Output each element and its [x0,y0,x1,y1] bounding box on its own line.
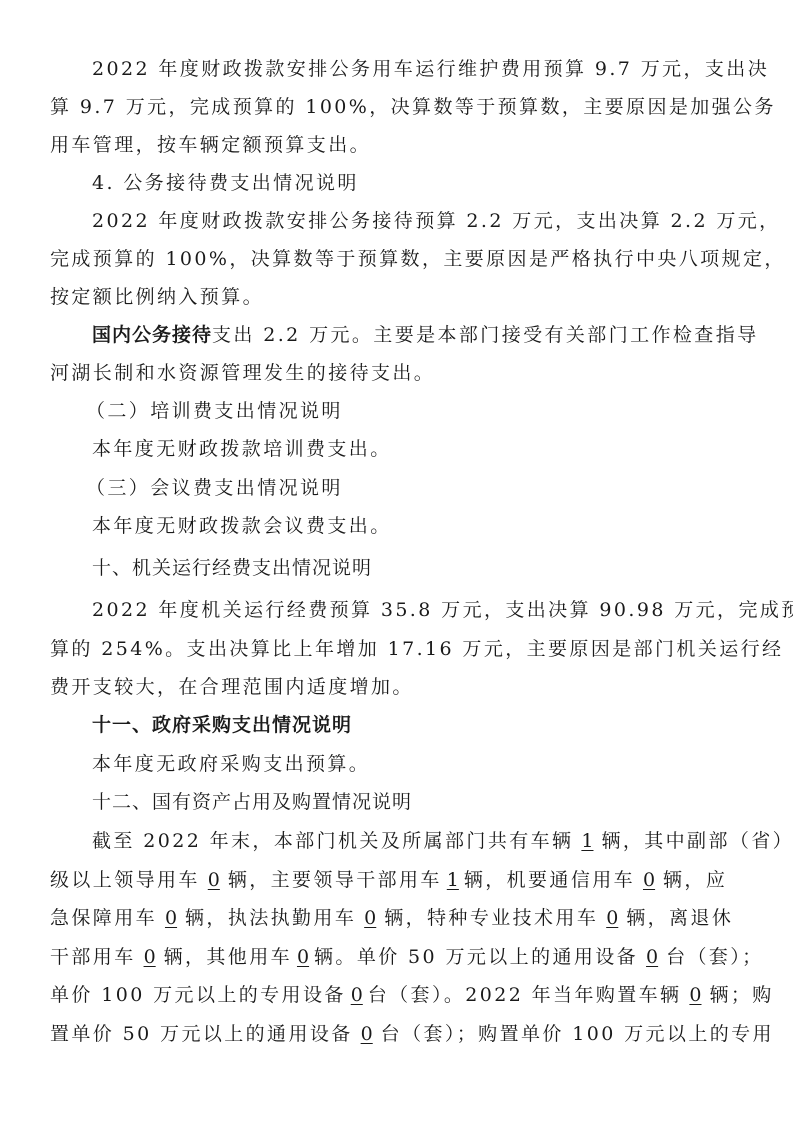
leader-cars-value: 1 [442,867,464,893]
paragraph-reception-line-3: 按定额比例纳入预算。 [50,284,750,310]
heading-meeting-expense: （三）会议费支出情况说明 [86,475,786,501]
assets-text: 辆，特种专业技术用车 [384,907,598,929]
paragraph-assets-line-2: 级以上领导用车0辆，主要领导干部用车1辆，机要通信用车0辆，应 [50,867,750,893]
assets-text: 辆，其他用车 [164,946,292,968]
paragraph-assets-line-4: 干部用车0辆，其他用车0辆。单价 50 万元以上的通用设备0台（套）； [50,944,750,970]
general-equipment-50-value: 0 [638,944,666,970]
paragraph-assets-line-1: 截至 2022 年末，本部门机关及所属部门共有车辆1辆，其中副部（省） [92,828,792,854]
document-page: 2022 年度财政拨款安排公务用车运行维护费用预算 9.7 万元，支出决 算 9… [0,0,793,1122]
assets-text: 辆，机要通信用车 [464,869,635,891]
paragraph-procurement: 本年度无政府采购支出预算。 [92,751,792,777]
total-vehicles-value: 1 [573,828,601,854]
paragraph-vehicle-maintenance-line-1: 2022 年度财政拨款安排公务用车运行维护费用预算 9.7 万元，支出决 [92,56,792,82]
special-equipment-100-value: 0 [346,982,368,1008]
assets-text: 台（套）；购置单价 100 万元以上的专用 [381,1023,774,1045]
assets-text: 截至 2022 年末，本部门机关及所属部门共有车辆 [92,830,573,852]
domestic-reception-label: 国内公务接待 [92,324,212,346]
special-cars-value: 0 [598,905,626,931]
purchased-general-50-value: 0 [353,1021,381,1047]
assets-text: 辆，执法执勤用车 [185,907,356,929]
domestic-reception-text: 支出 2.2 万元。主要是本部门接受有关部门工作检查指导 [212,324,759,346]
paragraph-training: 本年度无财政拨款培训费支出。 [92,436,792,462]
paragraph-domestic-reception-line-1: 国内公务接待支出 2.2 万元。主要是本部门接受有关部门工作检查指导 [92,322,792,348]
assets-text: 辆，主要领导干部用车 [228,869,442,891]
paragraph-operating-cost-line-2: 算的 254%。支出决算比上年增加 17.16 万元，主要原因是部门机关运行经 [50,636,750,662]
other-cars-value: 0 [292,944,314,970]
paragraph-reception-line-1: 2022 年度财政拨款安排公务接待预算 2.2 万元，支出决算 2.2 万元， [92,208,792,234]
assets-text: 辆；购 [709,984,773,1006]
purchased-vehicles-value: 0 [681,982,709,1008]
paragraph-assets-line-5: 单价 100 万元以上的专用设备0台（套）。2022 年当年购置车辆0辆；购 [50,982,750,1008]
assets-text: 辆，其中副部（省） [601,830,793,852]
confidential-cars-value: 0 [635,867,663,893]
paragraph-operating-cost-line-1: 2022 年度机关运行经费预算 35.8 万元，支出决算 90.98 万元，完成… [92,597,792,623]
assets-text: 单价 100 万元以上的专用设备 [50,984,346,1006]
assets-text: 台（套）； [666,946,764,968]
heading-reception-expense: 4. 公务接待费支出情况说明 [92,170,792,196]
vice-minister-cars-value: 0 [200,867,228,893]
paragraph-assets-line-3: 急保障用车0辆，执法执勤用车0辆，特种专业技术用车0辆，离退休 [50,905,750,931]
paragraph-vehicle-maintenance-line-2: 算 9.7 万元，完成预算的 100%，决算数等于预算数，主要原因是加强公务 [50,94,750,120]
paragraph-assets-line-6: 置单价 50 万元以上的通用设备0台（套）；购置单价 100 万元以上的专用 [50,1021,750,1047]
assets-text: 辆，离退休 [626,907,733,929]
assets-text: 辆，应 [663,869,727,891]
paragraph-reception-line-2: 完成预算的 100%，决算数等于预算数，主要原因是严格执行中央八项规定， [50,246,750,272]
heading-section-10: 十、机关运行经费支出情况说明 [92,555,792,581]
paragraph-vehicle-maintenance-line-3: 用车管理，按车辆定额预算支出。 [50,132,750,158]
assets-text: 置单价 50 万元以上的通用设备 [50,1023,353,1045]
heading-section-11: 十一、政府采购支出情况说明 [92,712,792,738]
assets-text: 辆。单价 50 万元以上的通用设备 [314,946,638,968]
assets-text: 台（套）。2022 年当年购置车辆 [368,984,682,1006]
paragraph-meeting: 本年度无财政拨款会议费支出。 [92,513,792,539]
heading-training-expense: （二）培训费支出情况说明 [86,398,786,424]
assets-text: 级以上领导用车 [50,869,200,891]
paragraph-operating-cost-line-3: 费开支较大，在合理范围内适度增加。 [50,674,750,700]
law-enforcement-cars-value: 0 [356,905,384,931]
heading-section-12: 十二、国有资产占用及购置情况说明 [92,789,792,815]
assets-text: 干部用车 [50,946,136,968]
assets-text: 急保障用车 [50,907,157,929]
emergency-cars-value: 0 [157,905,185,931]
retired-cars-value: 0 [136,944,164,970]
paragraph-domestic-reception-line-2: 河湖长制和水资源管理发生的接待支出。 [50,360,750,386]
